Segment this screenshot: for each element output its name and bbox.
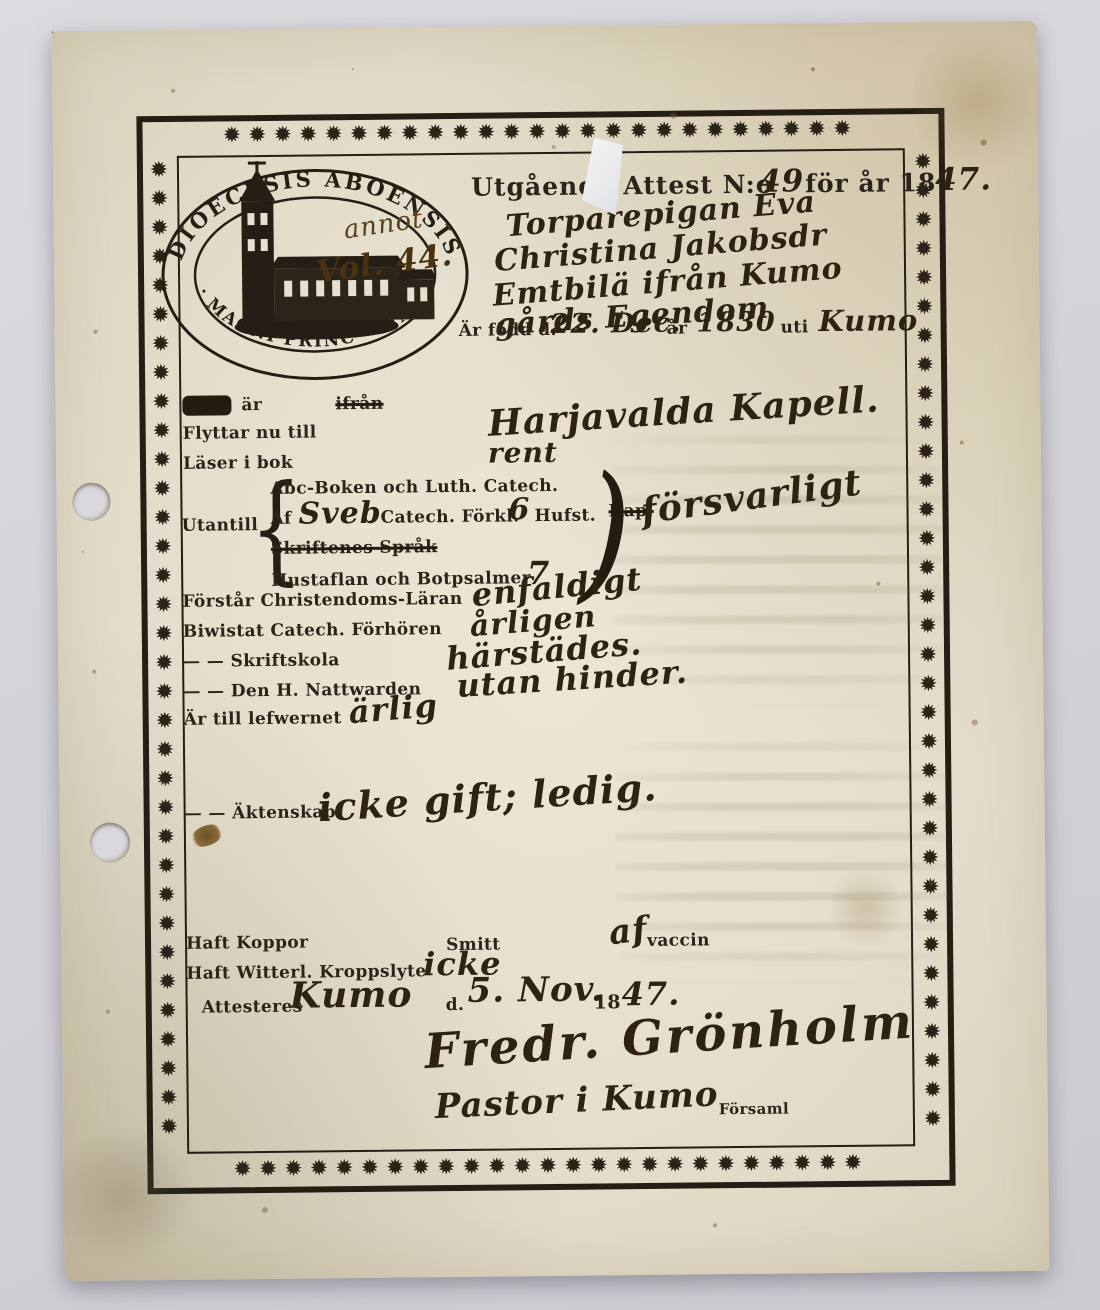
born-place-label: uti (781, 317, 809, 337)
born-year-label: år (667, 319, 688, 339)
born-label: Är född d. (459, 320, 557, 341)
reads-value: rent (488, 436, 558, 470)
born-day: 22. Dec. (550, 308, 681, 340)
struck-som: Som (182, 395, 231, 416)
signature-title-printed: Församl (719, 1100, 789, 1119)
attestation-year-hand: 47. (621, 975, 680, 1014)
attest-year-hand: 47. (935, 161, 992, 198)
photo-background: ✹✹✹✹✹✹✹✹✹✹✹✹✹✹✹✹✹✹✹✹✹✹✹✹✹ ✹✹✹✹✹✹✹✹✹✹✹✹✹✹… (0, 0, 1100, 1310)
foxing-spots (51, 31, 53, 33)
vaccin-hand: af (607, 909, 650, 953)
struck-ifran: ifrån (335, 394, 383, 415)
attestation-d: d. (446, 995, 465, 1015)
vaccin-printed: vaccin (647, 930, 710, 951)
attestation-place: Kumo (289, 973, 412, 1016)
struck-ar: är (241, 395, 262, 415)
row-forhoren-label: Biwistat Catech. Förhören (183, 619, 442, 642)
row-lefwernet-value: ärlig (347, 686, 439, 731)
utantill-item-2-mid: Catech. Förkl. (380, 506, 519, 527)
utantill-item-2-hand: Sveb (298, 496, 382, 532)
rosette-strip-bottom: ✹✹✹✹✹✹✹✹✹✹✹✹✹✹✹✹✹✹✹✹✹✹✹✹✹ (155, 1148, 947, 1188)
attestation-year-printed: 18 (594, 991, 621, 1013)
moves-to-label: Flyttar nu till (183, 422, 317, 443)
row-lefwernet-label: Är till lefwernet (184, 708, 342, 730)
born-year: 1830 (696, 307, 775, 339)
pox-label: Haft Koppor (186, 933, 309, 954)
punch-hole-lower (90, 822, 130, 862)
punch-hole-upper (72, 483, 110, 521)
row-skriftskola-label: — — Skriftskola (183, 650, 340, 672)
born-place: Kumo (818, 303, 918, 338)
utantill-label: Utantill (182, 515, 259, 536)
utantill-item-2-count: 6 (508, 492, 530, 527)
row-aktenskap-label: — — Äktenskap (185, 802, 336, 824)
attestation-label: Attesteres (202, 997, 303, 1018)
row-christendom-label: Förstår Christendoms-Läran (182, 589, 462, 612)
certificate-paper: ✹✹✹✹✹✹✹✹✹✹✹✹✹✹✹✹✹✹✹✹✹✹✹✹✹ ✹✹✹✹✹✹✹✹✹✹✹✹✹✹… (51, 21, 1049, 1281)
utantill-item-2-pre: Af (270, 509, 291, 529)
attestation-date: 5. Nov. (467, 969, 604, 1010)
utantill-item-3: Skriftenes Språk (271, 537, 438, 559)
attest-year-printed: för år 18 (805, 168, 936, 198)
